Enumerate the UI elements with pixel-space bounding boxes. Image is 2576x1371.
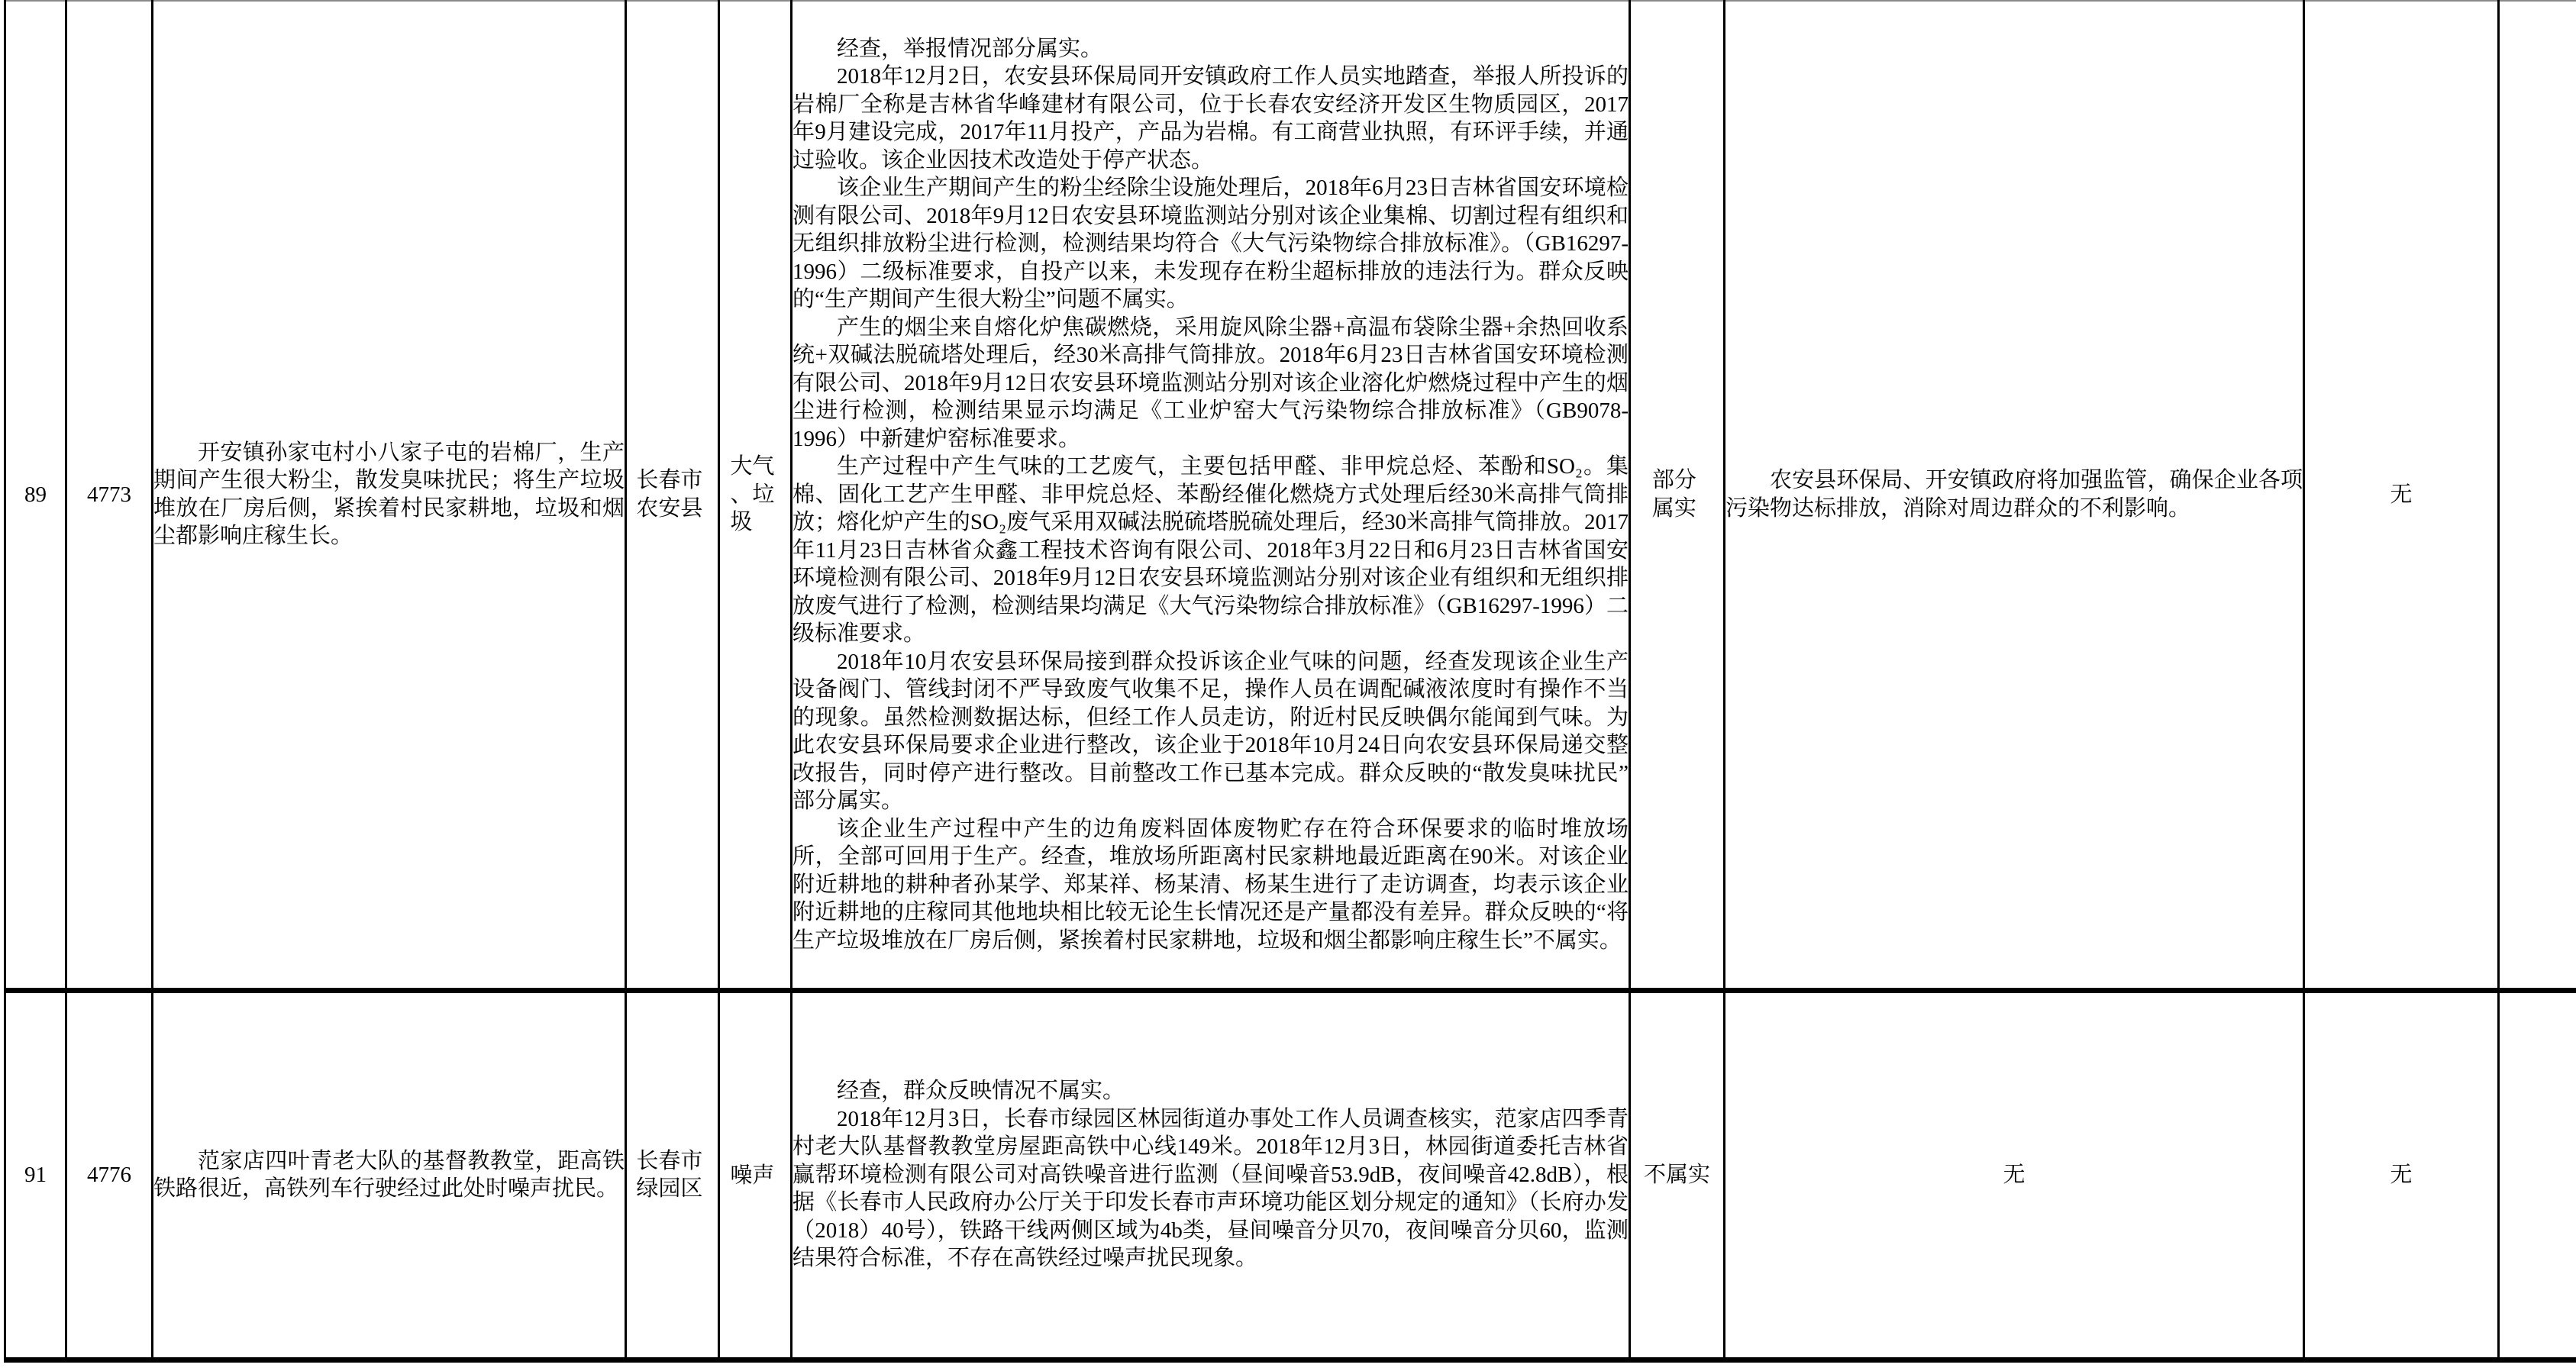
verdict-text: 部分属实 xyxy=(1652,466,1702,522)
row-number: 89 xyxy=(24,482,47,507)
region-text: 长春市农安县 xyxy=(636,466,708,522)
case-id-cell: 4773 xyxy=(66,1,153,990)
category-text: 噪声 xyxy=(730,1162,780,1190)
case-id-cell: 4776 xyxy=(66,990,153,1360)
case-id: 4773 xyxy=(87,482,131,507)
case-id: 4776 xyxy=(87,1163,131,1187)
investigation-text: 经查，群众反映情况不属实。2018年12月3日，长春市绿园区林园街道办事处工作人… xyxy=(792,1077,1629,1273)
complaint-text: 范家店四叶青老大队的基督教教堂，距高铁铁路很近，高铁列车行驶经过此处时噪声扰民。 xyxy=(153,1147,625,1203)
region-cell: 长春市农安县 xyxy=(626,1,719,990)
verdict-cell: 不属实 xyxy=(1630,990,1725,1360)
complaint-cell: 开安镇孙家屯村小八家子屯的岩棉厂，生产期间产生很大粉尘，散发臭味扰民；将生产垃圾… xyxy=(153,1,626,990)
complaint-text: 开安镇孙家屯村小八家子屯的岩棉厂，生产期间产生很大粉尘，散发臭味扰民；将生产垃圾… xyxy=(153,439,625,550)
measures-text: 农安县环保局、开安镇政府将加强监管，确保企业各项污染物达标排放，消除对周边群众的… xyxy=(1725,466,2303,522)
row-number-cell: 91 xyxy=(5,990,66,1360)
empty-cell xyxy=(2499,990,2576,1360)
investigation-cell: 经查，群众反映情况不属实。2018年12月3日，长春市绿园区林园街道办事处工作人… xyxy=(792,990,1630,1360)
empty-cell xyxy=(2499,1,2576,990)
row-number-cell: 89 xyxy=(5,1,66,990)
table-row: 91 4776 范家店四叶青老大队的基督教教堂，距高铁铁路很近，高铁列车行驶经过… xyxy=(5,990,2576,1360)
document-page: 89 4773 开安镇孙家屯村小八家子屯的岩棉厂，生产期间产生很大粉尘，散发臭味… xyxy=(0,0,2576,1371)
category-cell: 大气、垃圾 xyxy=(719,1,792,990)
row-number: 91 xyxy=(24,1163,47,1187)
accountability-cell: 无 xyxy=(2304,1,2499,990)
verdict-cell: 部分属实 xyxy=(1630,1,1725,990)
complaint-cell: 范家店四叶青老大队的基督教教堂，距高铁铁路很近，高铁列车行驶经过此处时噪声扰民。 xyxy=(153,990,626,1360)
complaints-table: 89 4773 开安镇孙家屯村小八家子屯的岩棉厂，生产期间产生很大粉尘，散发臭味… xyxy=(4,0,2576,1363)
accountability-text: 无 xyxy=(2390,1163,2412,1187)
table-row: 89 4773 开安镇孙家屯村小八家子屯的岩棉厂，生产期间产生很大粉尘，散发臭味… xyxy=(5,1,2576,990)
measures-text: 无 xyxy=(2003,1163,2025,1187)
category-text: 大气、垃圾 xyxy=(730,453,780,537)
accountability-cell: 无 xyxy=(2304,990,2499,1360)
investigation-text: 经查，举报情况部分属实。2018年12月2日，农安县环保局同开安镇政府工作人员实… xyxy=(792,35,1629,955)
category-cell: 噪声 xyxy=(719,990,792,1360)
investigation-cell: 经查，举报情况部分属实。2018年12月2日，农安县环保局同开安镇政府工作人员实… xyxy=(792,1,1630,990)
region-text: 长春市绿园区 xyxy=(636,1147,708,1203)
accountability-text: 无 xyxy=(2390,482,2412,507)
measures-cell: 农安县环保局、开安镇政府将加强监管，确保企业各项污染物达标排放，消除对周边群众的… xyxy=(1725,1,2304,990)
region-cell: 长春市绿园区 xyxy=(626,990,719,1360)
measures-cell: 无 xyxy=(1725,990,2304,1360)
verdict-text: 不属实 xyxy=(1644,1163,1710,1187)
